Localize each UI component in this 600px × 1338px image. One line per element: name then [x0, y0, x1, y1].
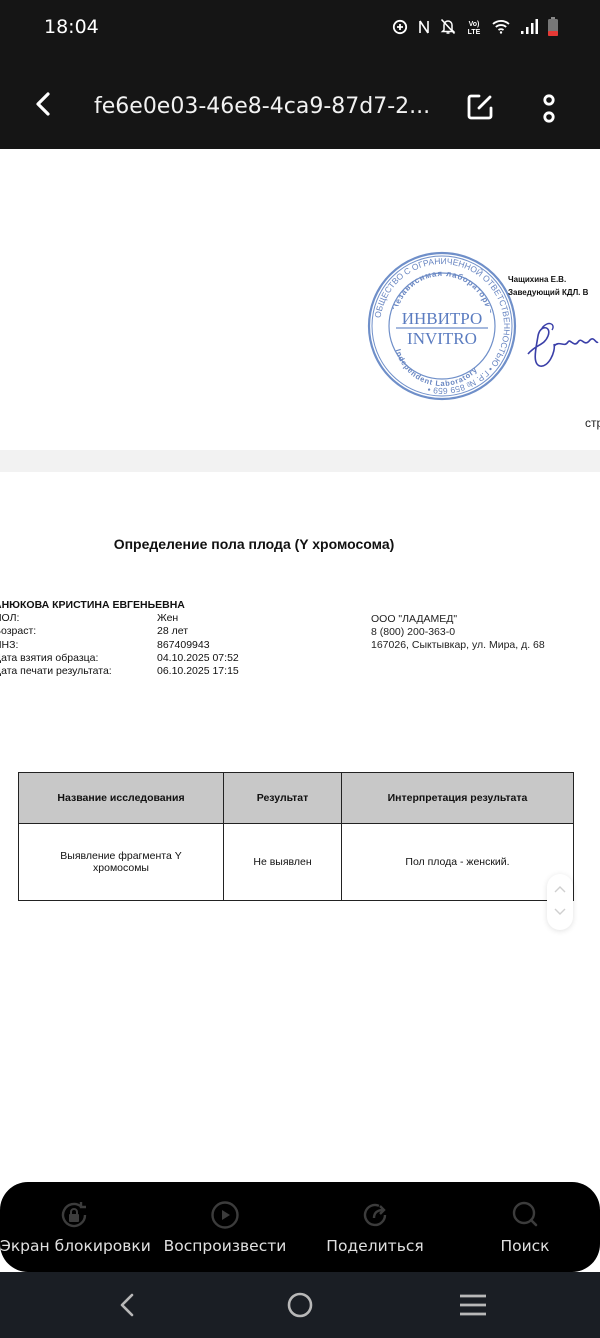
- patient-field: Дата печати результата:06.10.2025 17:15: [0, 665, 239, 678]
- svg-text:Vo): Vo): [469, 21, 480, 28]
- status-bar: 18:04 Vo)LTE: [0, 0, 600, 60]
- app-bar: fe6e0e03-46e8-4ca9-87d7-2...: [0, 60, 600, 149]
- svg-text:INVITRO: INVITRO: [407, 329, 477, 348]
- lab-address: 167026, Сыктывкар, ул. Мира, д. 68: [371, 639, 545, 652]
- play-circle-icon: [210, 1200, 240, 1230]
- test-name-cell: Выявление фрагмента Y хромосомы: [19, 824, 224, 901]
- patient-field: ПОЛ:Жен: [0, 612, 239, 625]
- more-vertical-icon[interactable]: [540, 94, 558, 124]
- share-icon: [360, 1200, 390, 1230]
- status-icons: Vo)LTE: [392, 17, 558, 36]
- search-icon: [510, 1200, 540, 1230]
- chevron-left-icon[interactable]: [30, 90, 58, 118]
- lock-rotate-icon: [59, 1200, 89, 1230]
- edit-icon[interactable]: [466, 93, 494, 121]
- search-button[interactable]: Поиск: [450, 1182, 600, 1272]
- lab-name: ООО "ЛАДАМЕД": [371, 613, 545, 626]
- document-title: Определение пола плода (Y хромосома): [0, 536, 508, 552]
- play-button[interactable]: Воспроизвести: [150, 1182, 300, 1272]
- document-page-2: Определение пола плода (Y хромосома) АНЮ…: [0, 472, 600, 1189]
- interpretation-cell: Пол плода - женский.: [342, 824, 574, 901]
- page-scroll-control[interactable]: [547, 874, 573, 930]
- home-nav-icon[interactable]: [284, 1290, 316, 1320]
- patient-field: Возраст:28 лет: [0, 625, 239, 638]
- bell-off-icon: [440, 18, 456, 35]
- system-navigation-bar: [0, 1272, 600, 1338]
- svg-text:ИНВИТРО: ИНВИТРО: [402, 309, 483, 328]
- patient-field: Дата взятия образца:04.10.2025 07:52: [0, 652, 239, 665]
- lab-info: ООО "ЛАДАМЕД" 8 (800) 200-363-0 167026, …: [371, 613, 545, 653]
- share-button[interactable]: Поделиться: [300, 1182, 450, 1272]
- results-table: Название исследования Результат Интерпре…: [18, 772, 574, 901]
- column-header: Название исследования: [19, 773, 224, 824]
- nfc-icon: [418, 19, 430, 35]
- chevron-down-icon[interactable]: [553, 907, 567, 917]
- invitro-stamp: ОБЩЕСТВО С ОГРАНИЧЕННОЙ ОТВЕТСТВЕННОСТЬЮ…: [366, 250, 518, 402]
- chevron-up-icon[interactable]: [553, 884, 567, 894]
- page-separator: [0, 450, 600, 472]
- lab-phone: 8 (800) 200-363-0: [371, 626, 545, 639]
- table-header-row: Название исследования Результат Интерпре…: [19, 773, 574, 824]
- battery-low-icon: [548, 17, 558, 36]
- recents-nav-icon[interactable]: [457, 1290, 489, 1320]
- wifi-icon: [492, 19, 510, 34]
- table-row: Выявление фрагмента Y хромосомы Не выявл…: [19, 824, 574, 901]
- column-header: Интерпретация результата: [342, 773, 574, 824]
- back-nav-icon[interactable]: [112, 1290, 144, 1320]
- volte-icon: Vo)LTE: [466, 19, 482, 35]
- patient-field: ИНЗ:867409943: [0, 639, 239, 652]
- signer-title: Заведующий КДЛ. В: [508, 288, 588, 297]
- column-header: Результат: [224, 773, 342, 824]
- document-viewer[interactable]: ОБЩЕСТВО С ОГРАНИЧЕННОЙ ОТВЕТСТВЕННОСТЬЮ…: [0, 149, 600, 1189]
- document-page-1: ОБЩЕСТВО С ОГРАНИЧЕННОЙ ОТВЕТСТВЕННОСТЬЮ…: [0, 149, 600, 449]
- signal-icon: [520, 19, 538, 34]
- svg-text:LTE: LTE: [468, 29, 481, 35]
- signer-name: Чащихина Е.В.: [508, 275, 566, 284]
- lock-screen-button[interactable]: Экран блокировки: [0, 1182, 148, 1272]
- file-title: fe6e0e03-46e8-4ca9-87d7-2...: [94, 94, 430, 119]
- bottom-action-bar: Экран блокировки Воспроизвести Поделитьс…: [0, 1182, 600, 1272]
- result-cell: Не выявлен: [224, 824, 342, 901]
- clock: 18:04: [44, 16, 99, 38]
- data-saver-icon: [392, 19, 408, 35]
- page-number: стр: [585, 416, 600, 430]
- patient-name: АНЮКОВА КРИСТИНА ЕВГЕНЬЕВНА: [0, 599, 239, 612]
- signature: [526, 314, 600, 374]
- patient-info: АНЮКОВА КРИСТИНА ЕВГЕНЬЕВНА ПОЛ:Жен Возр…: [0, 599, 239, 678]
